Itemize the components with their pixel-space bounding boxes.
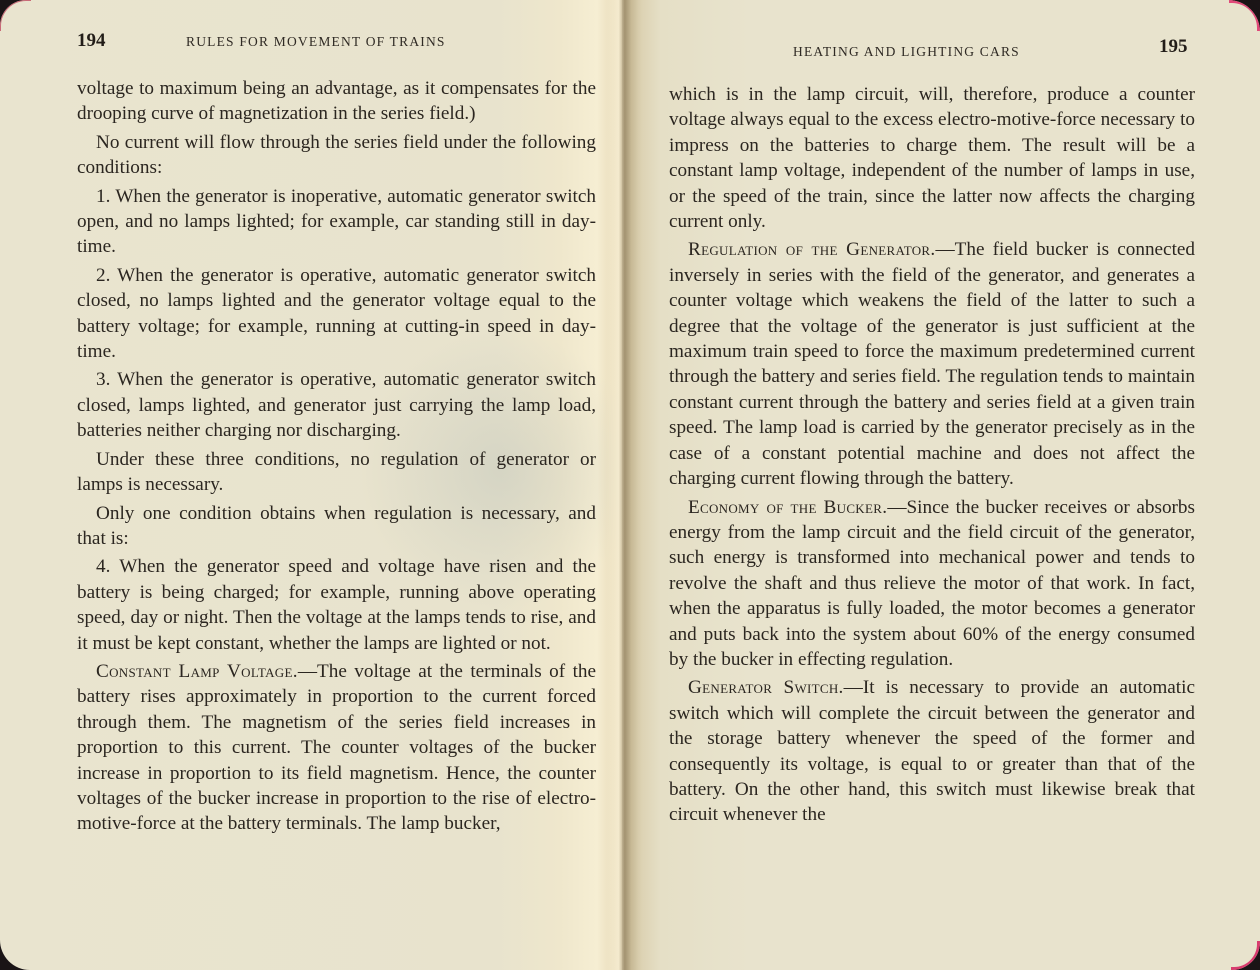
left-page-number: 194 bbox=[77, 30, 106, 52]
open-book-spread: 194 RULES FOR MOVEMENT OF TRAINS voltage… bbox=[0, 0, 1260, 970]
section-regulation-of-generator: Regulation of the Generator.—The field b… bbox=[669, 237, 1195, 491]
section-text: —It is necessary to provide an automatic… bbox=[669, 677, 1195, 825]
section-text: —The field bucker is connected inversely… bbox=[669, 239, 1195, 489]
paragraph: Under these three conditions, no regulat… bbox=[77, 447, 596, 498]
section-generator-switch: Generator Switch.—It is necessary to pro… bbox=[669, 675, 1195, 827]
paragraph: which is in the lamp circuit, will, ther… bbox=[669, 82, 1195, 234]
page-edge-decoration bbox=[1231, 941, 1260, 970]
left-page-body: voltage to maximum being an advantage, a… bbox=[77, 76, 596, 837]
section-heading: Regulation of the Generator. bbox=[688, 239, 935, 260]
paragraph: Only one condition obtains when regulati… bbox=[77, 501, 596, 552]
right-page-number: 195 bbox=[1159, 36, 1188, 58]
section-heading: Economy of the Bucker. bbox=[688, 497, 887, 518]
section-text: —The voltage at the terminals of the bat… bbox=[77, 661, 596, 834]
page-edge-decoration bbox=[0, 0, 31, 31]
paragraph: voltage to maximum being an advantage, a… bbox=[77, 76, 596, 127]
section-heading: Generator Switch. bbox=[688, 677, 844, 698]
right-running-head: HEATING AND LIGHTING CARS bbox=[793, 44, 1020, 60]
numbered-condition-2: 2. When the generator is operative, auto… bbox=[77, 263, 596, 365]
section-heading: Constant Lamp Voltage. bbox=[96, 661, 298, 682]
right-page-body: which is in the lamp circuit, will, ther… bbox=[669, 82, 1195, 828]
numbered-condition-4: 4. When the generator speed and voltage … bbox=[77, 554, 596, 656]
section-text: —Since the bucker receives or absorbs en… bbox=[669, 497, 1195, 670]
section-constant-lamp-voltage: Constant Lamp Voltage.—The voltage at th… bbox=[77, 659, 596, 837]
page-edge-decoration bbox=[1229, 0, 1260, 31]
numbered-condition-1: 1. When the generator is inoperative, au… bbox=[77, 184, 596, 260]
paragraph: No current will flow through the series … bbox=[77, 130, 596, 181]
section-economy-of-bucker: Economy of the Bucker.—Since the bucker … bbox=[669, 495, 1195, 673]
left-running-head: RULES FOR MOVEMENT OF TRAINS bbox=[186, 34, 446, 50]
numbered-condition-3: 3. When the generator is operative, auto… bbox=[77, 367, 596, 443]
